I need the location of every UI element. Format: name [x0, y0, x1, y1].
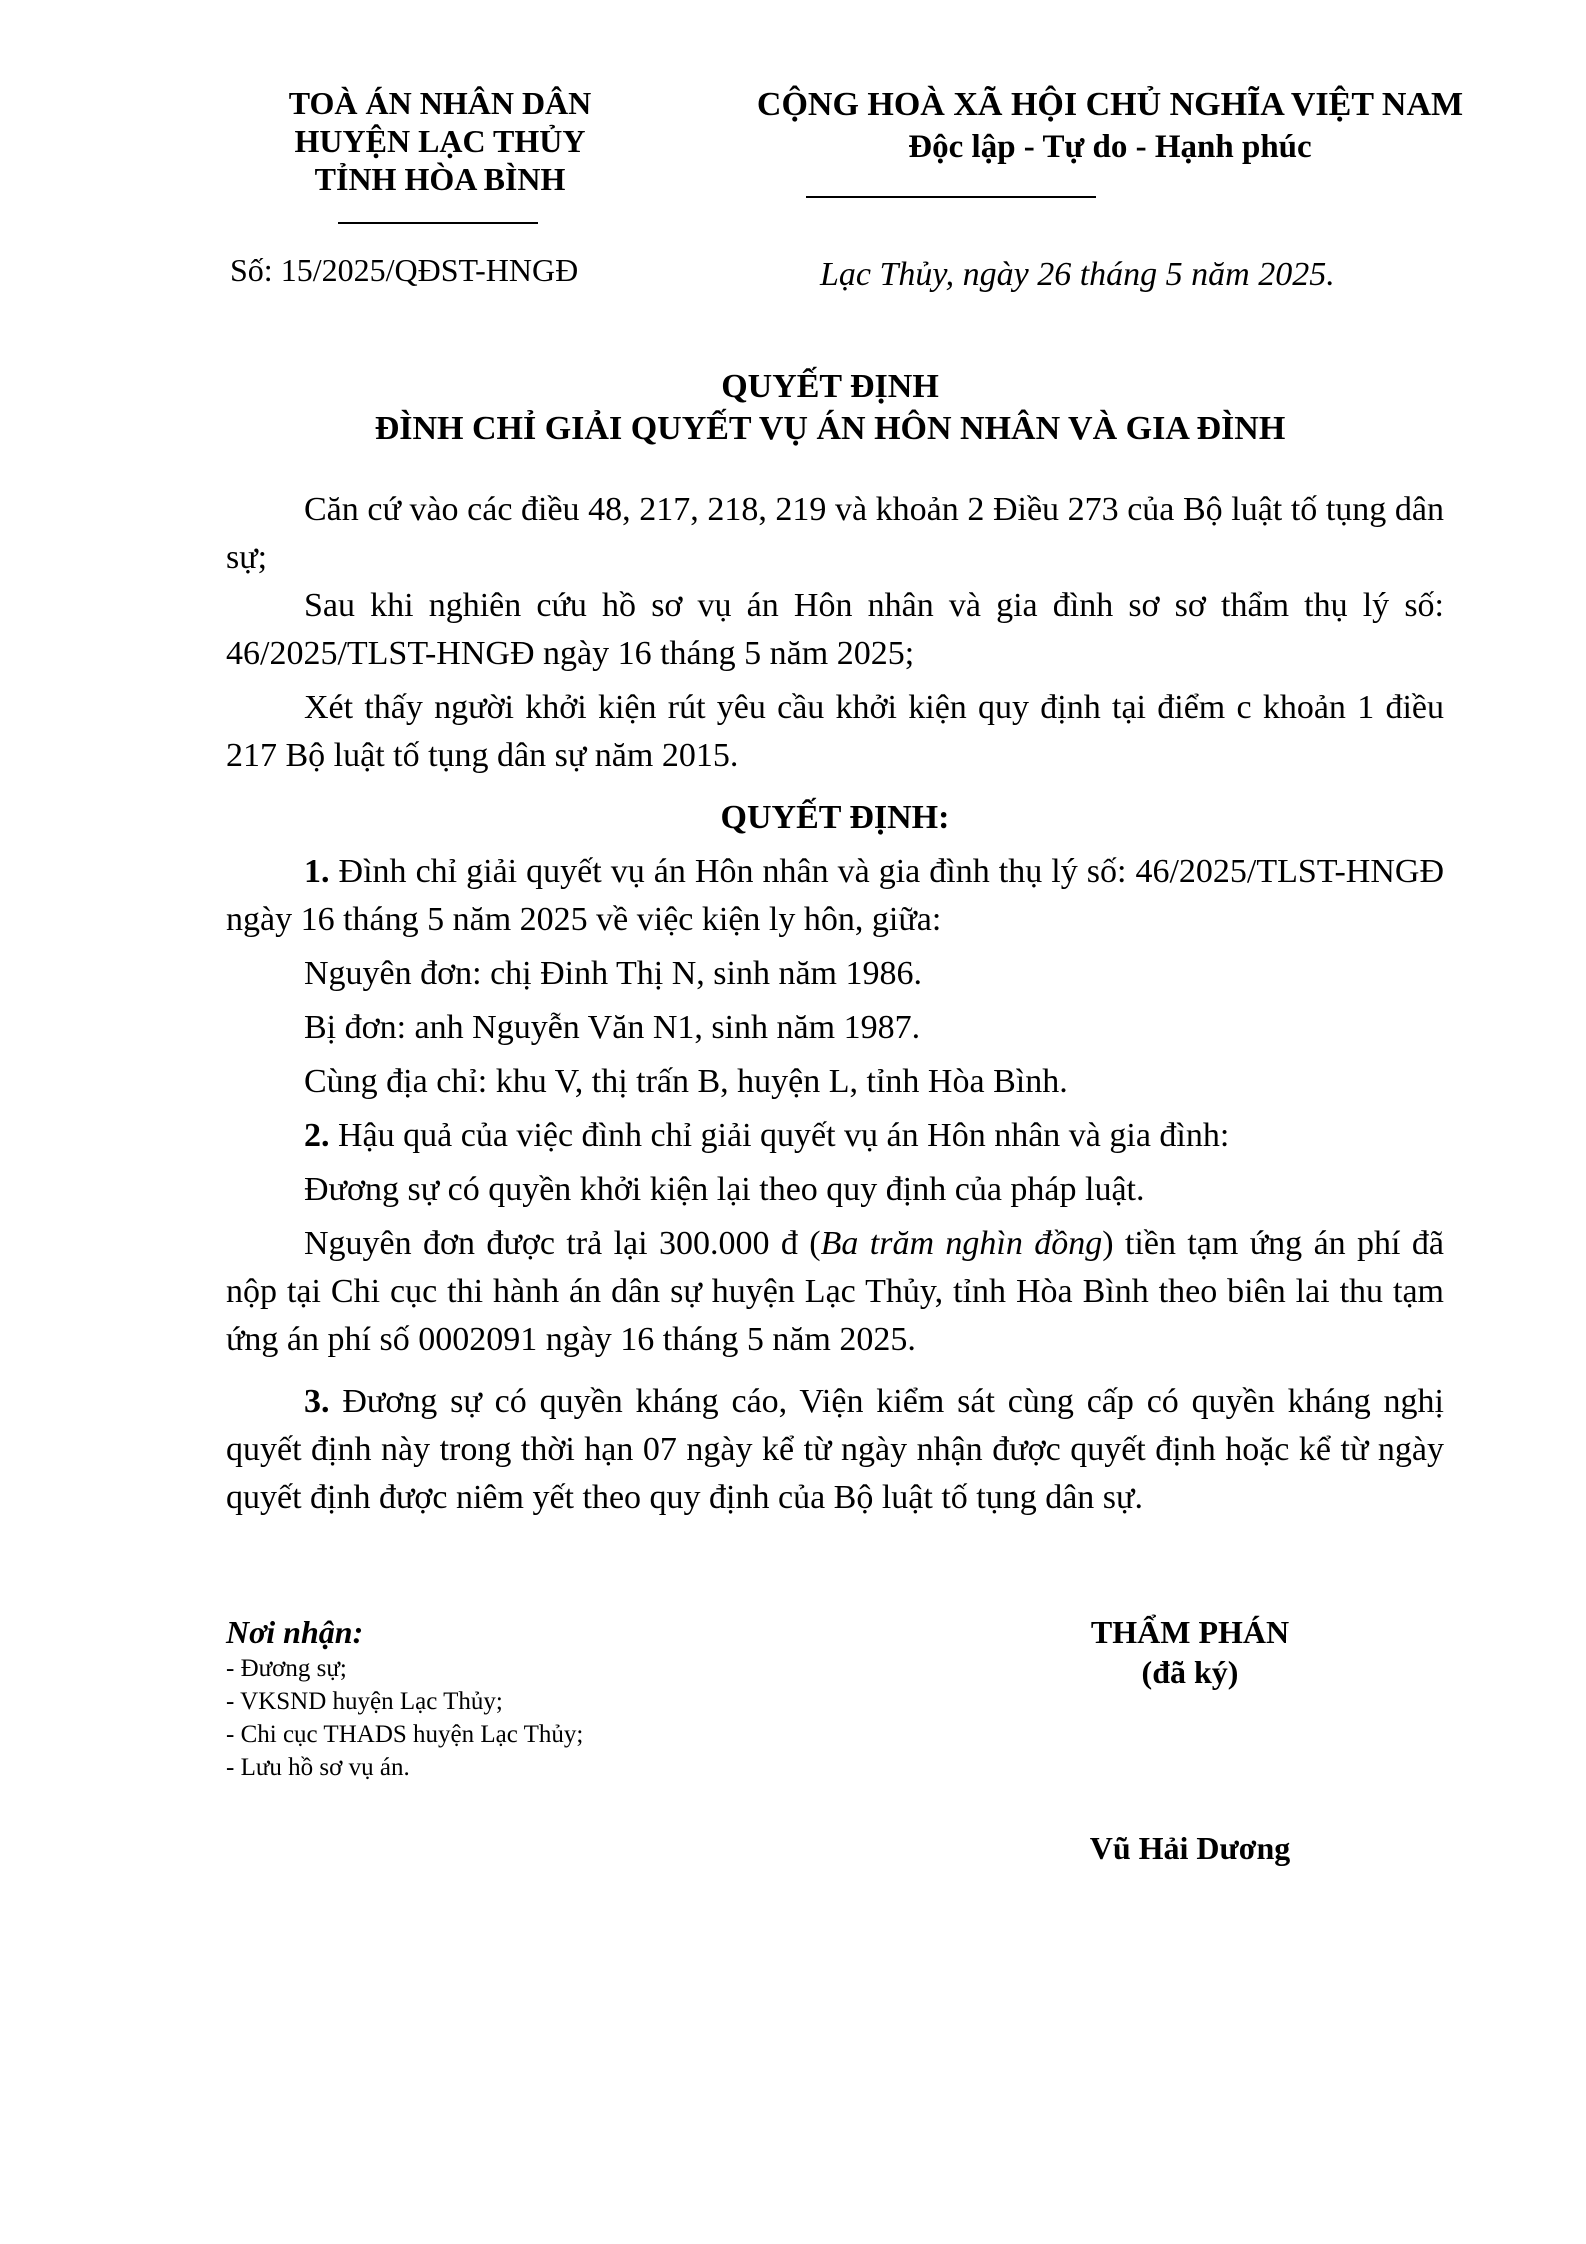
recipients-block: Nơi nhận: - Đương sự; - VKSND huyện Lạc … — [226, 1612, 786, 1784]
item-3-number: 3. — [304, 1383, 330, 1420]
recipient-item: - Lưu hồ sơ vụ án. — [226, 1751, 786, 1784]
recipient-item: - Đương sự; — [226, 1652, 786, 1685]
court-name: TOÀ ÁN NHÂN DÂN — [220, 84, 660, 122]
item-3-text: Đương sự có quyền kháng cáo, Viện kiểm s… — [226, 1383, 1444, 1516]
court-district: HUYỆN LẠC THỦY — [220, 122, 660, 160]
signature-block: THẨM PHÁN (đã ký) — [1020, 1612, 1360, 1692]
plaintiff-info: Nguyên đơn: chị Đinh Thị N, sinh năm 198… — [226, 950, 1444, 998]
signature-status: (đã ký) — [1020, 1652, 1360, 1692]
recipients-title: Nơi nhận: — [226, 1612, 786, 1652]
fee-refund-amount: Nguyên đơn được trả lại 300.000 đ ( — [304, 1225, 821, 1262]
preamble-case-review: Sau khi nghiên cứu hồ sơ vụ án Hôn nhân … — [226, 582, 1444, 678]
national-header: CỘNG HOÀ XÃ HỘI CHỦ NGHĨA VIỆT NAM Độc l… — [700, 84, 1520, 168]
item-2-text: Hậu quả của việc đình chỉ giải quyết vụ … — [330, 1117, 1230, 1154]
item-1-text: Đình chỉ giải quyết vụ án Hôn nhân và gi… — [226, 853, 1444, 938]
defendant-info: Bị đơn: anh Nguyễn Văn N1, sinh năm 1987… — [226, 1004, 1444, 1052]
decision-heading: QUYẾT ĐỊNH: — [226, 794, 1444, 842]
signer-role: THẨM PHÁN — [1020, 1612, 1360, 1652]
document-body: Căn cứ vào các điều 48, 217, 218, 219 và… — [226, 486, 1444, 1522]
national-header-rule — [806, 196, 1096, 198]
court-province: TỈNH HÒA BÌNH — [220, 160, 660, 198]
nation-name: CỘNG HOÀ XÃ HỘI CHỦ NGHĨA VIỆT NAM — [700, 84, 1520, 126]
right-to-refile: Đương sự có quyền khởi kiện lại theo quy… — [226, 1166, 1444, 1214]
signer-name: Vũ Hải Dương — [1020, 1830, 1360, 1867]
item-2-number: 2. — [304, 1117, 330, 1154]
recipient-item: - Chi cục THADS huyện Lạc Thủy; — [226, 1718, 786, 1751]
document-title: QUYẾT ĐỊNH ĐÌNH CHỈ GIẢI QUYẾT VỤ ÁN HÔN… — [280, 366, 1380, 450]
title-line-2: ĐÌNH CHỈ GIẢI QUYẾT VỤ ÁN HÔN NHÂN VÀ GI… — [280, 408, 1380, 450]
preamble-withdrawal: Xét thấy người khởi kiện rút yêu cầu khở… — [226, 684, 1444, 780]
fee-refund-words: Ba trăm nghìn đồng — [821, 1225, 1103, 1262]
fee-refund: Nguyên đơn được trả lại 300.000 đ (Ba tr… — [226, 1220, 1444, 1364]
shared-address: Cùng địa chỉ: khu V, thị trấn B, huyện L… — [226, 1058, 1444, 1106]
document-number: Số: 15/2025/QĐST-HNGĐ — [230, 252, 578, 289]
decision-item-2: 2. Hậu quả của việc đình chỉ giải quyết … — [226, 1112, 1444, 1160]
decision-item-3: 3. Đương sự có quyền kháng cáo, Viện kiể… — [226, 1378, 1444, 1522]
place-date: Lạc Thủy, ngày 26 tháng 5 năm 2025. — [820, 256, 1335, 294]
decision-item-1: 1. Đình chỉ giải quyết vụ án Hôn nhân và… — [226, 848, 1444, 944]
recipient-item: - VKSND huyện Lạc Thủy; — [226, 1685, 786, 1718]
item-1-number: 1. — [304, 853, 330, 890]
title-line-1: QUYẾT ĐỊNH — [280, 366, 1380, 408]
preamble-legal-basis: Căn cứ vào các điều 48, 217, 218, 219 và… — [226, 486, 1444, 582]
court-header-rule — [338, 222, 538, 224]
court-header: TOÀ ÁN NHÂN DÂN HUYỆN LẠC THỦY TỈNH HÒA … — [220, 84, 660, 198]
national-motto: Độc lập - Tự do - Hạnh phúc — [700, 126, 1520, 168]
